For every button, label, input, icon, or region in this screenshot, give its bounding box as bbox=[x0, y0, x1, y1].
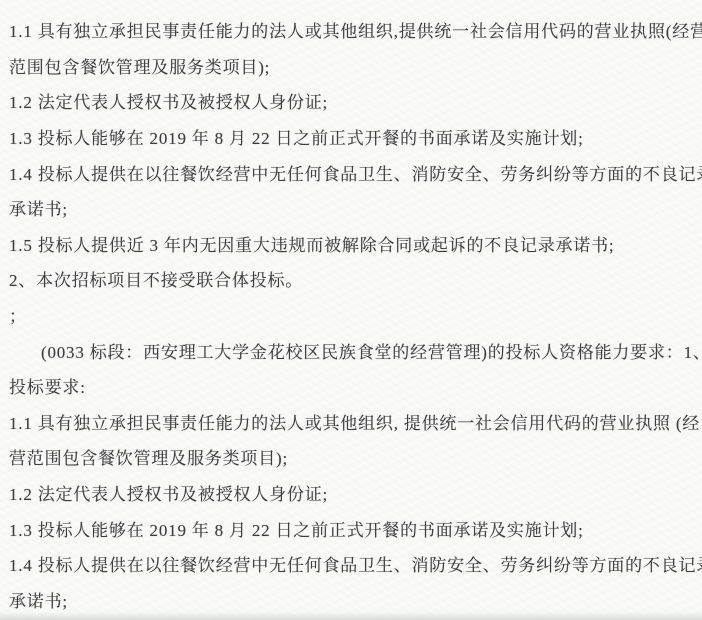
document-line: 1.5 投标人提供近 3 年内无因重大违规而被解除合同或起诉的不良记录承诺书; bbox=[9, 226, 692, 262]
document-line: 1.4 投标人提供在以往餐饮经营中无任何食品卫生、消防安全、劳务纠纷等方面的不良… bbox=[9, 154, 692, 190]
scan-edge bbox=[0, 612, 702, 620]
document-line: 1.2 法定代表人授权书及被授权人身份证; bbox=[9, 475, 692, 511]
document-line: 2、本次招标项目不接受联合体投标。 bbox=[9, 261, 692, 297]
document-line: 承诺书; bbox=[9, 190, 692, 226]
document-line: 范围包含餐饮管理及服务类项目); bbox=[9, 48, 692, 84]
document-line: (0033 标段：西安理工大学金花校区民族食堂的经营管理)的投标人资格能力要求：… bbox=[9, 332, 692, 368]
document-line: 1.1 具有独立承担民事责任能力的法人或其他组织,提供统一社会信用代码的营业执照… bbox=[9, 12, 692, 48]
document-line: 营范围包含餐饮管理及服务类项目); bbox=[9, 439, 692, 475]
document-line: 投标要求: bbox=[9, 368, 692, 404]
document-line: 1.3 投标人能够在 2019 年 8 月 22 日之前正式开餐的书面承诺及实施… bbox=[9, 119, 692, 155]
document-line: 1.1 具有独立承担民事责任能力的法人或其他组织, 提供统一社会信用代码的营业执… bbox=[9, 404, 692, 440]
document-line: 1.4 投标人提供在以往餐饮经营中无任何食品卫生、消防安全、劳务纠纷等方面的不良… bbox=[9, 546, 692, 582]
document-line: 1.2 法定代表人授权书及被授权人身份证; bbox=[9, 83, 692, 119]
document-page: 1.1 具有独立承担民事责任能力的法人或其他组织,提供统一社会信用代码的营业执照… bbox=[0, 0, 702, 620]
document-line: ； bbox=[9, 297, 692, 333]
document-line: 1.3 投标人能够在 2019 年 8 月 22 日之前正式开餐的书面承诺及实施… bbox=[9, 510, 692, 546]
